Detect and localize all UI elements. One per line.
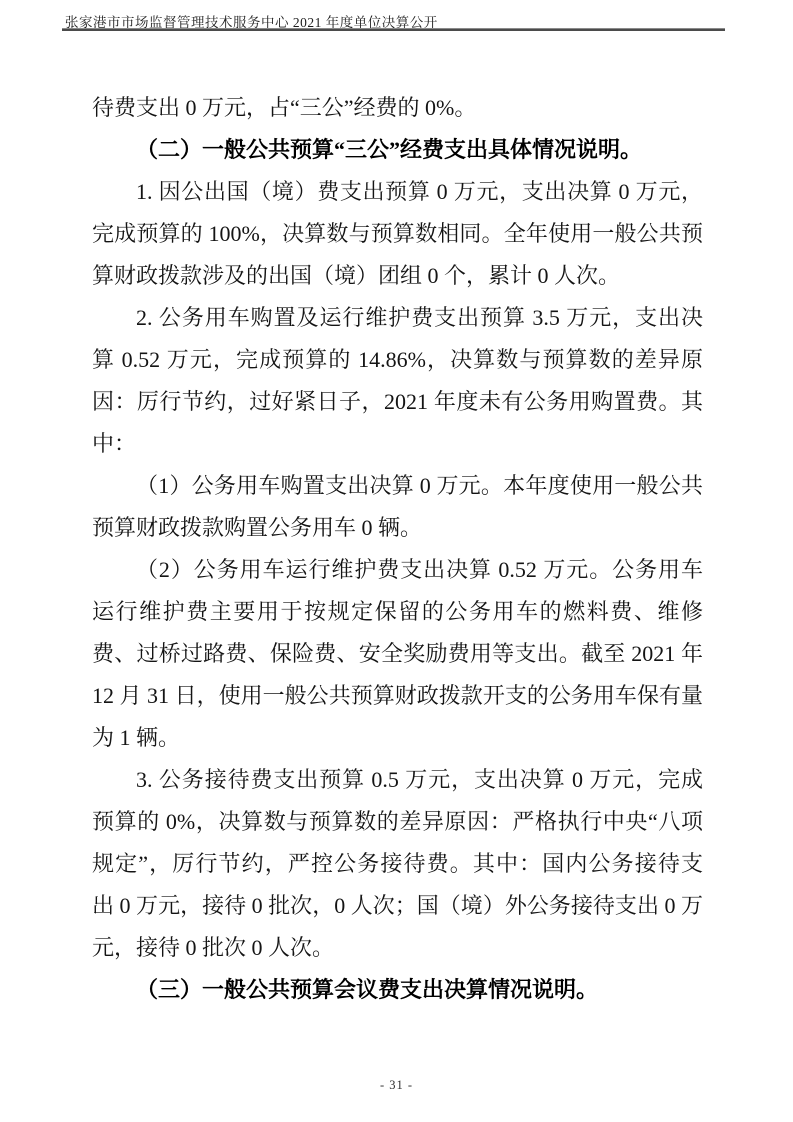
text-line: 12 月 31 日，使用一般公共预算财政拨款开支的公务用车保有量 (92, 675, 703, 717)
text-line: （1）公务用车购置支出决算 0 万元。本年度使用一般公共 (92, 465, 703, 507)
text-line: 1. 因公出国（境）费支出预算 0 万元，支出决算 0 万元， (92, 171, 703, 213)
text-line: 元，接待 0 批次 0 人次。 (92, 927, 703, 969)
text-line: 费、过桥过路费、保险费、安全奖励费用等支出。截至 2021 年 (92, 633, 703, 675)
text-line: （三）一般公共预算会议费支出决算情况说明。 (92, 969, 703, 1011)
page-number: - 31 - (0, 1078, 793, 1093)
text-line: 运行维护费主要用于按规定保留的公务用车的燃料费、维修 (92, 591, 703, 633)
paragraph: （1）公务用车购置支出决算 0 万元。本年度使用一般公共预算财政拨款购置公务用车… (92, 465, 703, 549)
text-line: 算 0.52 万元，完成预算的 14.86%，决算数与预算数的差异原 (92, 339, 703, 381)
text-line: （二）一般公共预算“三公”经费支出具体情况说明。 (92, 129, 703, 171)
text-line: 算财政拨款涉及的出国（境）团组 0 个，累计 0 人次。 (92, 255, 703, 297)
text-line: 因：厉行节约，过好紧日子，2021 年度未有公务用购置费。其 (92, 381, 703, 423)
section-heading: （二）一般公共预算“三公”经费支出具体情况说明。 (92, 129, 703, 171)
document-page: 张家港市市场监督管理技术服务中心 2021 年度单位决算公开 待费支出 0 万元… (0, 0, 793, 1122)
text-line: 待费支出 0 万元，占“三公”经费的 0%。 (92, 87, 703, 129)
text-line: 3. 公务接待费支出预算 0.5 万元，支出决算 0 万元，完成 (92, 759, 703, 801)
paragraph: 1. 因公出国（境）费支出预算 0 万元，支出决算 0 万元，完成预算的 100… (92, 171, 703, 297)
text-line: 2. 公务用车购置及运行维护费支出预算 3.5 万元，支出决 (92, 297, 703, 339)
text-line: （2）公务用车运行维护费支出决算 0.52 万元。公务用车 (92, 549, 703, 591)
text-line: 出 0 万元，接待 0 批次，0 人次；国（境）外公务接待支出 0 万 (92, 885, 703, 927)
text-line: 完成预算的 100%，决算数与预算数相同。全年使用一般公共预 (92, 213, 703, 255)
paragraph: 2. 公务用车购置及运行维护费支出预算 3.5 万元，支出决算 0.52 万元，… (92, 297, 703, 465)
text-line: 中： (92, 423, 703, 465)
document-body: 待费支出 0 万元，占“三公”经费的 0%。（二）一般公共预算“三公”经费支出具… (92, 87, 703, 1011)
section-heading: （三）一般公共预算会议费支出决算情况说明。 (92, 969, 703, 1011)
text-line: 规定”，厉行节约，严控公务接待费。其中：国内公务接待支 (92, 843, 703, 885)
paragraph: 3. 公务接待费支出预算 0.5 万元，支出决算 0 万元，完成预算的 0%，决… (92, 759, 703, 969)
header-rule-divider (62, 28, 725, 31)
paragraph: （2）公务用车运行维护费支出决算 0.52 万元。公务用车运行维护费主要用于按规… (92, 549, 703, 759)
paragraph: 待费支出 0 万元，占“三公”经费的 0%。 (92, 87, 703, 129)
text-line: 为 1 辆。 (92, 717, 703, 759)
text-line: 预算的 0%，决算数与预算数的差异原因：严格执行中央“八项 (92, 801, 703, 843)
text-line: 预算财政拨款购置公务用车 0 辆。 (92, 507, 703, 549)
